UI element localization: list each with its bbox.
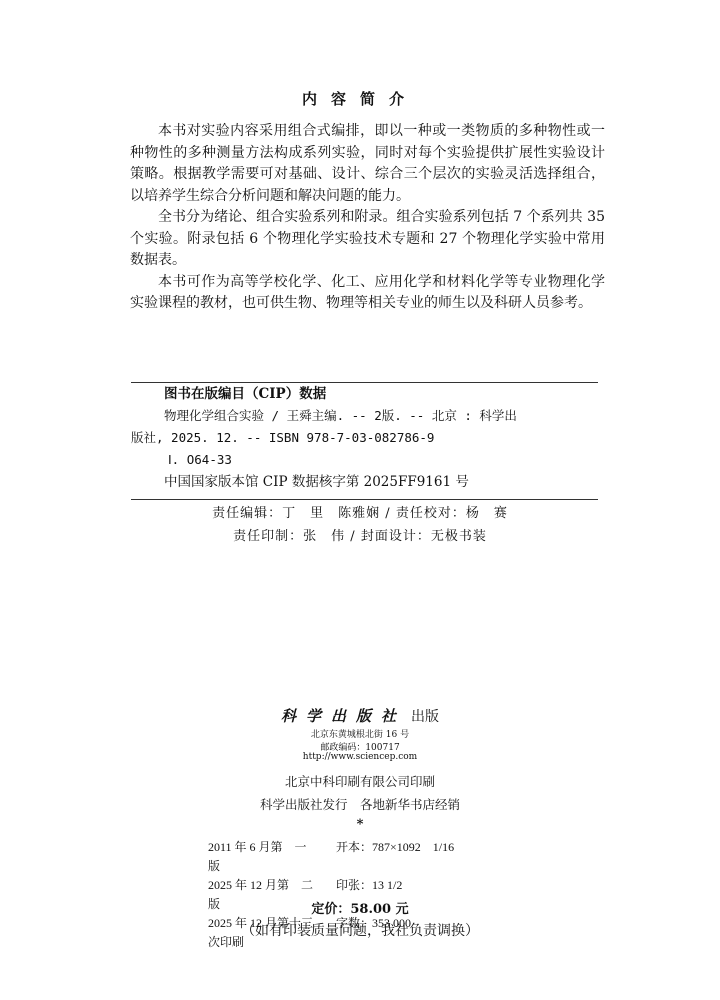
edition-cell: 开本：787×1092 1/16 bbox=[324, 838, 454, 876]
summary-paragraph: 全书分为绪论、组合实验系列和附录。组合实验系列包括 7 个系列共 35 个实验。… bbox=[130, 207, 605, 272]
separator-star: * bbox=[0, 817, 720, 832]
summary-text: 本书对实验内容采用组合式编排，即以一种或一类物质的多种物性或一种物性的多种测量方… bbox=[130, 121, 605, 315]
summary-paragraph: 本书可作为高等学校化学、化工、应用化学和材料化学等专业物理化学实验课程的教材，也… bbox=[130, 272, 605, 315]
cip-block: 图书在版编目（CIP）数据 物理化学组合实验 / 王舜主编. -- 2版. --… bbox=[131, 383, 598, 493]
edition-cell: 2011 年 6 月第 一 版 bbox=[208, 838, 324, 876]
cip-bottom-divider bbox=[131, 499, 598, 500]
publisher-name: 科学出版社 bbox=[281, 707, 406, 725]
cip-classification: Ⅰ. O64-33 bbox=[131, 449, 598, 471]
cip-heading: 图书在版编目（CIP）数据 bbox=[131, 383, 598, 405]
cip-record: 中国国家版本馆 CIP 数据核字第 2025FF9161 号 bbox=[131, 471, 598, 493]
cip-line-1: 物理化学组合实验 / 王舜主编. -- 2版. -- 北京 : 科学出 bbox=[131, 405, 598, 427]
staff-line-2: 责任印制：张 伟 / 封面设计：无极书装 bbox=[0, 525, 720, 544]
publisher-address: 北京东黄城根北街 16 号 bbox=[0, 727, 720, 740]
summary-paragraph: 本书对实验内容采用组合式编排，即以一种或一类物质的多种物性或一种物性的多种测量方… bbox=[130, 121, 605, 207]
edition-row: 2011 年 6 月第 一 版 开本：787×1092 1/16 bbox=[208, 838, 454, 876]
publisher-header: 科学出版社 出版 bbox=[0, 705, 720, 726]
cip-line-2: 版社, 2025. 12. -- ISBN 978-7-03-082786-9 bbox=[131, 427, 598, 449]
printer-line: 北京中科印刷有限公司印刷 bbox=[0, 772, 720, 790]
publisher-website: http://www.sciencep.com bbox=[0, 752, 720, 762]
price: 定价：58.00 元 bbox=[0, 898, 720, 917]
staff-line-1: 责任编辑：丁 里 陈雅娴 / 责任校对：杨 赛 bbox=[0, 502, 720, 521]
page-title: 内容简介 bbox=[0, 88, 720, 109]
publisher-suffix: 出版 bbox=[411, 709, 439, 725]
quality-note: （如有印装质量问题，我社负责调换） bbox=[0, 920, 720, 940]
distribution-line: 科学出版社发行 各地新华书店经销 bbox=[0, 795, 720, 813]
